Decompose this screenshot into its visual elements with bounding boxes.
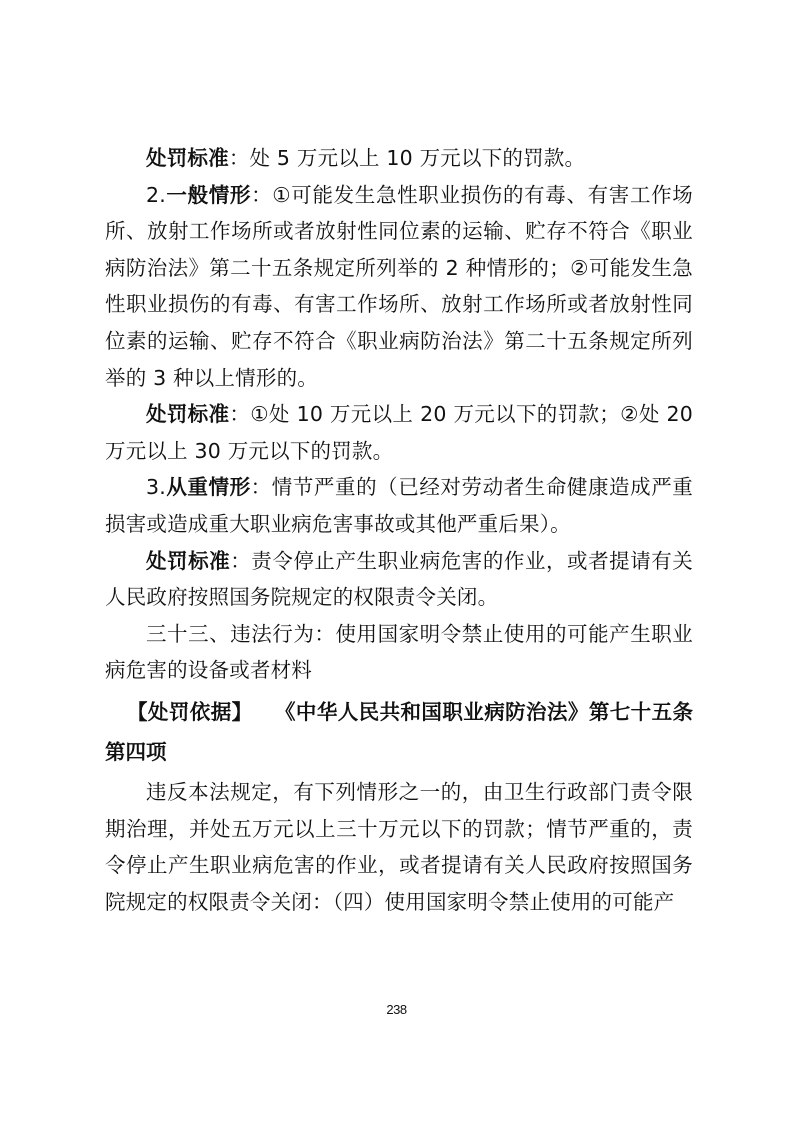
item-number: 2.	[146, 183, 166, 207]
general-circumstance-label: 一般情形	[166, 183, 251, 207]
penalty-basis-label: 【处罚依据】	[127, 700, 253, 724]
penalty-standard-paragraph: 处罚标准：责令停止产生职业病危害的作业，或者提请有关人民政府按照国务院规定的权限…	[105, 543, 693, 616]
violation-heading-paragraph: 三十三、违法行为：使用国家明令禁止使用的可能产生职业病危害的设备或者材料	[105, 616, 693, 689]
penalty-standard-label: 处罚标准	[146, 549, 230, 573]
general-circumstance-paragraph: 2.一般情形：①可能发生急性职业损伤的有毒、有害工作场所、放射工作场所或者放射性…	[105, 177, 693, 397]
penalty-standard-paragraph: 处罚标准：处 5 万元以上 10 万元以下的罚款。	[105, 140, 693, 177]
label-separator: ：	[230, 549, 251, 573]
violation-heading-text: 三十三、违法行为：使用国家明令禁止使用的可能产生职业病危害的设备或者材料	[105, 622, 693, 683]
aggravated-circumstance-paragraph: 3.从重情形：情节严重的（已经对劳动者生命健康造成严重损害或造成重大职业病危害事…	[105, 469, 693, 542]
label-separator: ：	[251, 475, 272, 499]
document-page: 处罚标准：处 5 万元以上 10 万元以下的罚款。 2.一般情形：①可能发生急性…	[105, 140, 693, 920]
aggravated-circumstance-label: 从重情形	[166, 475, 251, 499]
article-text-paragraph: 违反本法规定，有下列情形之一的，由卫生行政部门责令限期治理，并处五万元以上三十万…	[105, 774, 693, 920]
general-circumstance-text: ①可能发生急性职业损伤的有毒、有害工作场所、放射工作场所或者放射性同位素的运输、…	[105, 183, 693, 390]
penalty-standard-label: 处罚标准	[146, 146, 229, 170]
penalty-standard-paragraph: 处罚标准：①处 10 万元以上 20 万元以下的罚款；②处 20 万元以上 30…	[105, 396, 693, 469]
label-separator: ：	[229, 402, 250, 426]
article-text: 违反本法规定，有下列情形之一的，由卫生行政部门责令限期治理，并处五万元以上三十万…	[105, 780, 693, 914]
page-number: 238	[0, 1002, 793, 1017]
penalty-standard-text: 处 5 万元以上 10 万元以下的罚款。	[250, 146, 586, 170]
item-number: 3.	[146, 475, 166, 499]
label-separator: ：	[251, 183, 272, 207]
penalty-basis-paragraph: 【处罚依据】《中华人民共和国职业病防治法》第七十五条第四项	[105, 692, 693, 772]
label-separator: ：	[229, 146, 250, 170]
penalty-standard-label: 处罚标准	[146, 402, 229, 426]
